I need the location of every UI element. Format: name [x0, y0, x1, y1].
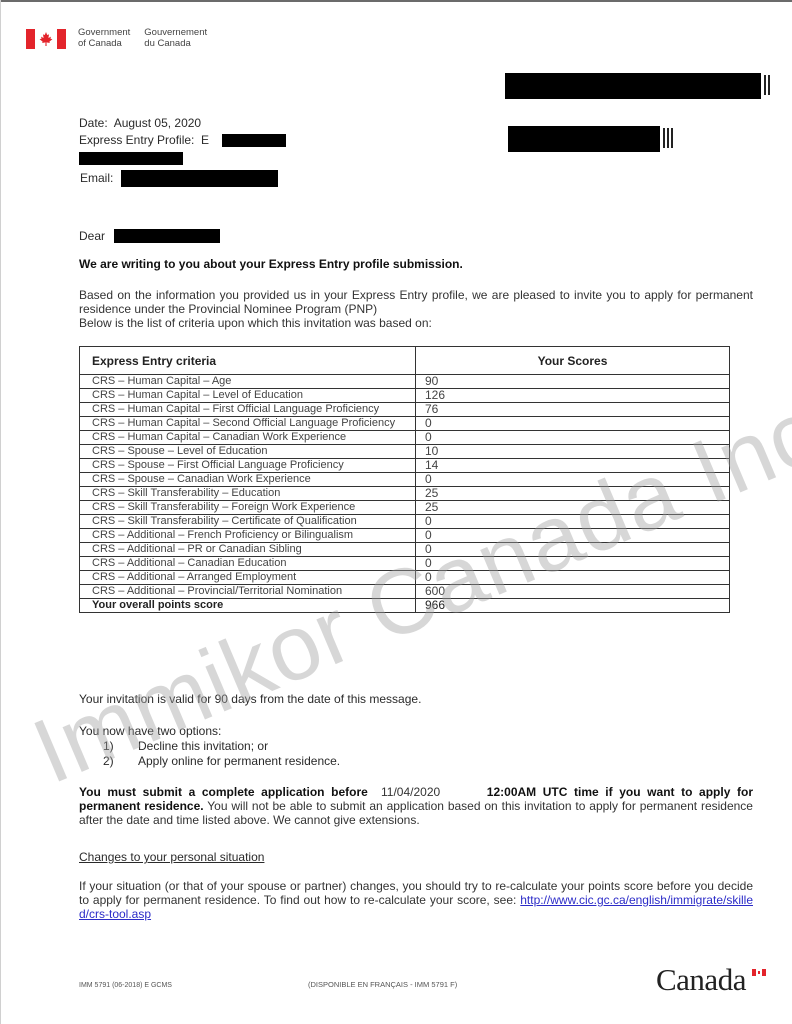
deadline-date: 11/04/2020	[381, 785, 440, 799]
score-cell: 0	[416, 557, 730, 571]
table-row: CRS – Additional – PR or Canadian Siblin…	[80, 543, 730, 557]
table-row: CRS – Human Capital – Level of Education…	[80, 389, 730, 403]
score-cell: 90	[416, 375, 730, 389]
changes-heading: Changes to your personal situation	[79, 850, 264, 864]
criterion-cell: CRS – Additional – Provincial/Territoria…	[80, 585, 416, 599]
criteria-table: Express Entry criteria Your Scores CRS –…	[79, 346, 730, 613]
canada-wordmark: Canada	[656, 962, 746, 998]
total-score: 966	[416, 599, 730, 613]
form-code: IMM 5791 (06-2018) E GCMS	[79, 982, 172, 989]
table-row: CRS – Human Capital – Second Official La…	[80, 417, 730, 431]
column-header-scores: Your Scores	[416, 347, 730, 375]
criterion-cell: CRS – Human Capital – Level of Education	[80, 389, 416, 403]
date-line: Date: August 05, 2020	[79, 116, 201, 130]
criterion-cell: CRS – Additional – French Proficiency or…	[80, 529, 416, 543]
score-cell: 126	[416, 389, 730, 403]
redacted-email	[121, 170, 278, 187]
validity-note: Your invitation is valid for 90 days fro…	[79, 692, 421, 706]
redacted-name-line	[79, 152, 183, 165]
score-cell: 25	[416, 501, 730, 515]
criterion-cell: CRS – Additional – PR or Canadian Siblin…	[80, 543, 416, 557]
criterion-cell: CRS – Skill Transferability – Certificat…	[80, 515, 416, 529]
table-row: CRS – Human Capital – Canadian Work Expe…	[80, 431, 730, 445]
table-row: CRS – Skill Transferability – Certificat…	[80, 515, 730, 529]
score-cell: 0	[416, 473, 730, 487]
deadline-paragraph: You must submit a complete application b…	[79, 785, 753, 827]
criterion-cell: CRS – Spouse – Level of Education	[80, 445, 416, 459]
criterion-cell: CRS – Human Capital – Second Official La…	[80, 417, 416, 431]
score-cell: 0	[416, 515, 730, 529]
score-cell: 0	[416, 431, 730, 445]
column-header-criteria: Express Entry criteria	[80, 347, 416, 375]
government-name-fr: Gouvernement du Canada	[144, 27, 207, 49]
option-2-number: 2)	[103, 754, 114, 768]
french-availability-note: (DISPONIBLE EN FRANÇAIS - IMM 5791 F)	[308, 980, 457, 989]
intro-paragraph: Based on the information you provided us…	[79, 288, 753, 330]
table-row: CRS – Spouse – Canadian Work Experience0	[80, 473, 730, 487]
score-cell: 14	[416, 459, 730, 473]
score-cell: 600	[416, 585, 730, 599]
changes-paragraph: If your situation (or that of your spous…	[79, 879, 753, 921]
salutation: Dear	[79, 229, 105, 243]
table-row: CRS – Spouse – First Official Language P…	[80, 459, 730, 473]
score-cell: 0	[416, 543, 730, 557]
page-left-edge	[0, 0, 1, 1024]
score-cell: 76	[416, 403, 730, 417]
barcode-mark	[764, 75, 770, 95]
redacted-profile-number	[222, 134, 286, 147]
table-row: CRS – Additional – French Proficiency or…	[80, 529, 730, 543]
canada-flag-icon	[26, 29, 66, 49]
date-value: August 05, 2020	[114, 116, 201, 130]
government-signature: Government of Canada Gouvernement du Can…	[26, 29, 207, 49]
option-1-text: Decline this invitation; or	[138, 739, 268, 753]
letter-subject: We are writing to you about your Express…	[79, 257, 463, 271]
table-row: CRS – Human Capital – Age90	[80, 375, 730, 389]
total-row: Your overall points score966	[80, 599, 730, 613]
criterion-cell: CRS – Human Capital – Age	[80, 375, 416, 389]
redacted-recipient-name	[114, 229, 220, 243]
criterion-cell: CRS – Human Capital – Canadian Work Expe…	[80, 431, 416, 445]
canada-wordmark-flag-icon	[752, 969, 766, 976]
criterion-cell: CRS – Spouse – First Official Language P…	[80, 459, 416, 473]
table-row: CRS – Human Capital – First Official Lan…	[80, 403, 730, 417]
email-label: Email:	[80, 171, 113, 185]
criterion-cell: CRS – Additional – Canadian Education	[80, 557, 416, 571]
table-row: CRS – Additional – Canadian Education0	[80, 557, 730, 571]
table-row: CRS – Additional – Arranged Employment0	[80, 571, 730, 585]
government-name-en: Government of Canada	[78, 27, 130, 49]
criterion-cell: CRS – Additional – Arranged Employment	[80, 571, 416, 585]
score-cell: 0	[416, 529, 730, 543]
option-1-number: 1)	[103, 739, 114, 753]
profile-line: Express Entry Profile: E	[79, 133, 209, 147]
table-row: CRS – Skill Transferability – Education2…	[80, 487, 730, 501]
table-row: CRS – Spouse – Level of Education10	[80, 445, 730, 459]
option-2-text: Apply online for permanent residence.	[138, 754, 340, 768]
table-row: CRS – Skill Transferability – Foreign Wo…	[80, 501, 730, 515]
criterion-cell: CRS – Human Capital – First Official Lan…	[80, 403, 416, 417]
score-cell: 25	[416, 487, 730, 501]
barcode-mark	[663, 128, 673, 148]
page-top-edge	[0, 0, 792, 2]
redacted-address-line-1	[505, 73, 761, 99]
options-intro: You now have two options:	[79, 724, 221, 738]
profile-number-prefix: E	[201, 133, 209, 147]
table-row: CRS – Additional – Provincial/Territoria…	[80, 585, 730, 599]
criterion-cell: CRS – Skill Transferability – Foreign Wo…	[80, 501, 416, 515]
redacted-address-line-2	[508, 126, 660, 152]
criterion-cell: CRS – Spouse – Canadian Work Experience	[80, 473, 416, 487]
score-cell: 0	[416, 571, 730, 585]
score-cell: 0	[416, 417, 730, 431]
criterion-cell: CRS – Skill Transferability – Education	[80, 487, 416, 501]
score-cell: 10	[416, 445, 730, 459]
total-label: Your overall points score	[80, 599, 416, 613]
